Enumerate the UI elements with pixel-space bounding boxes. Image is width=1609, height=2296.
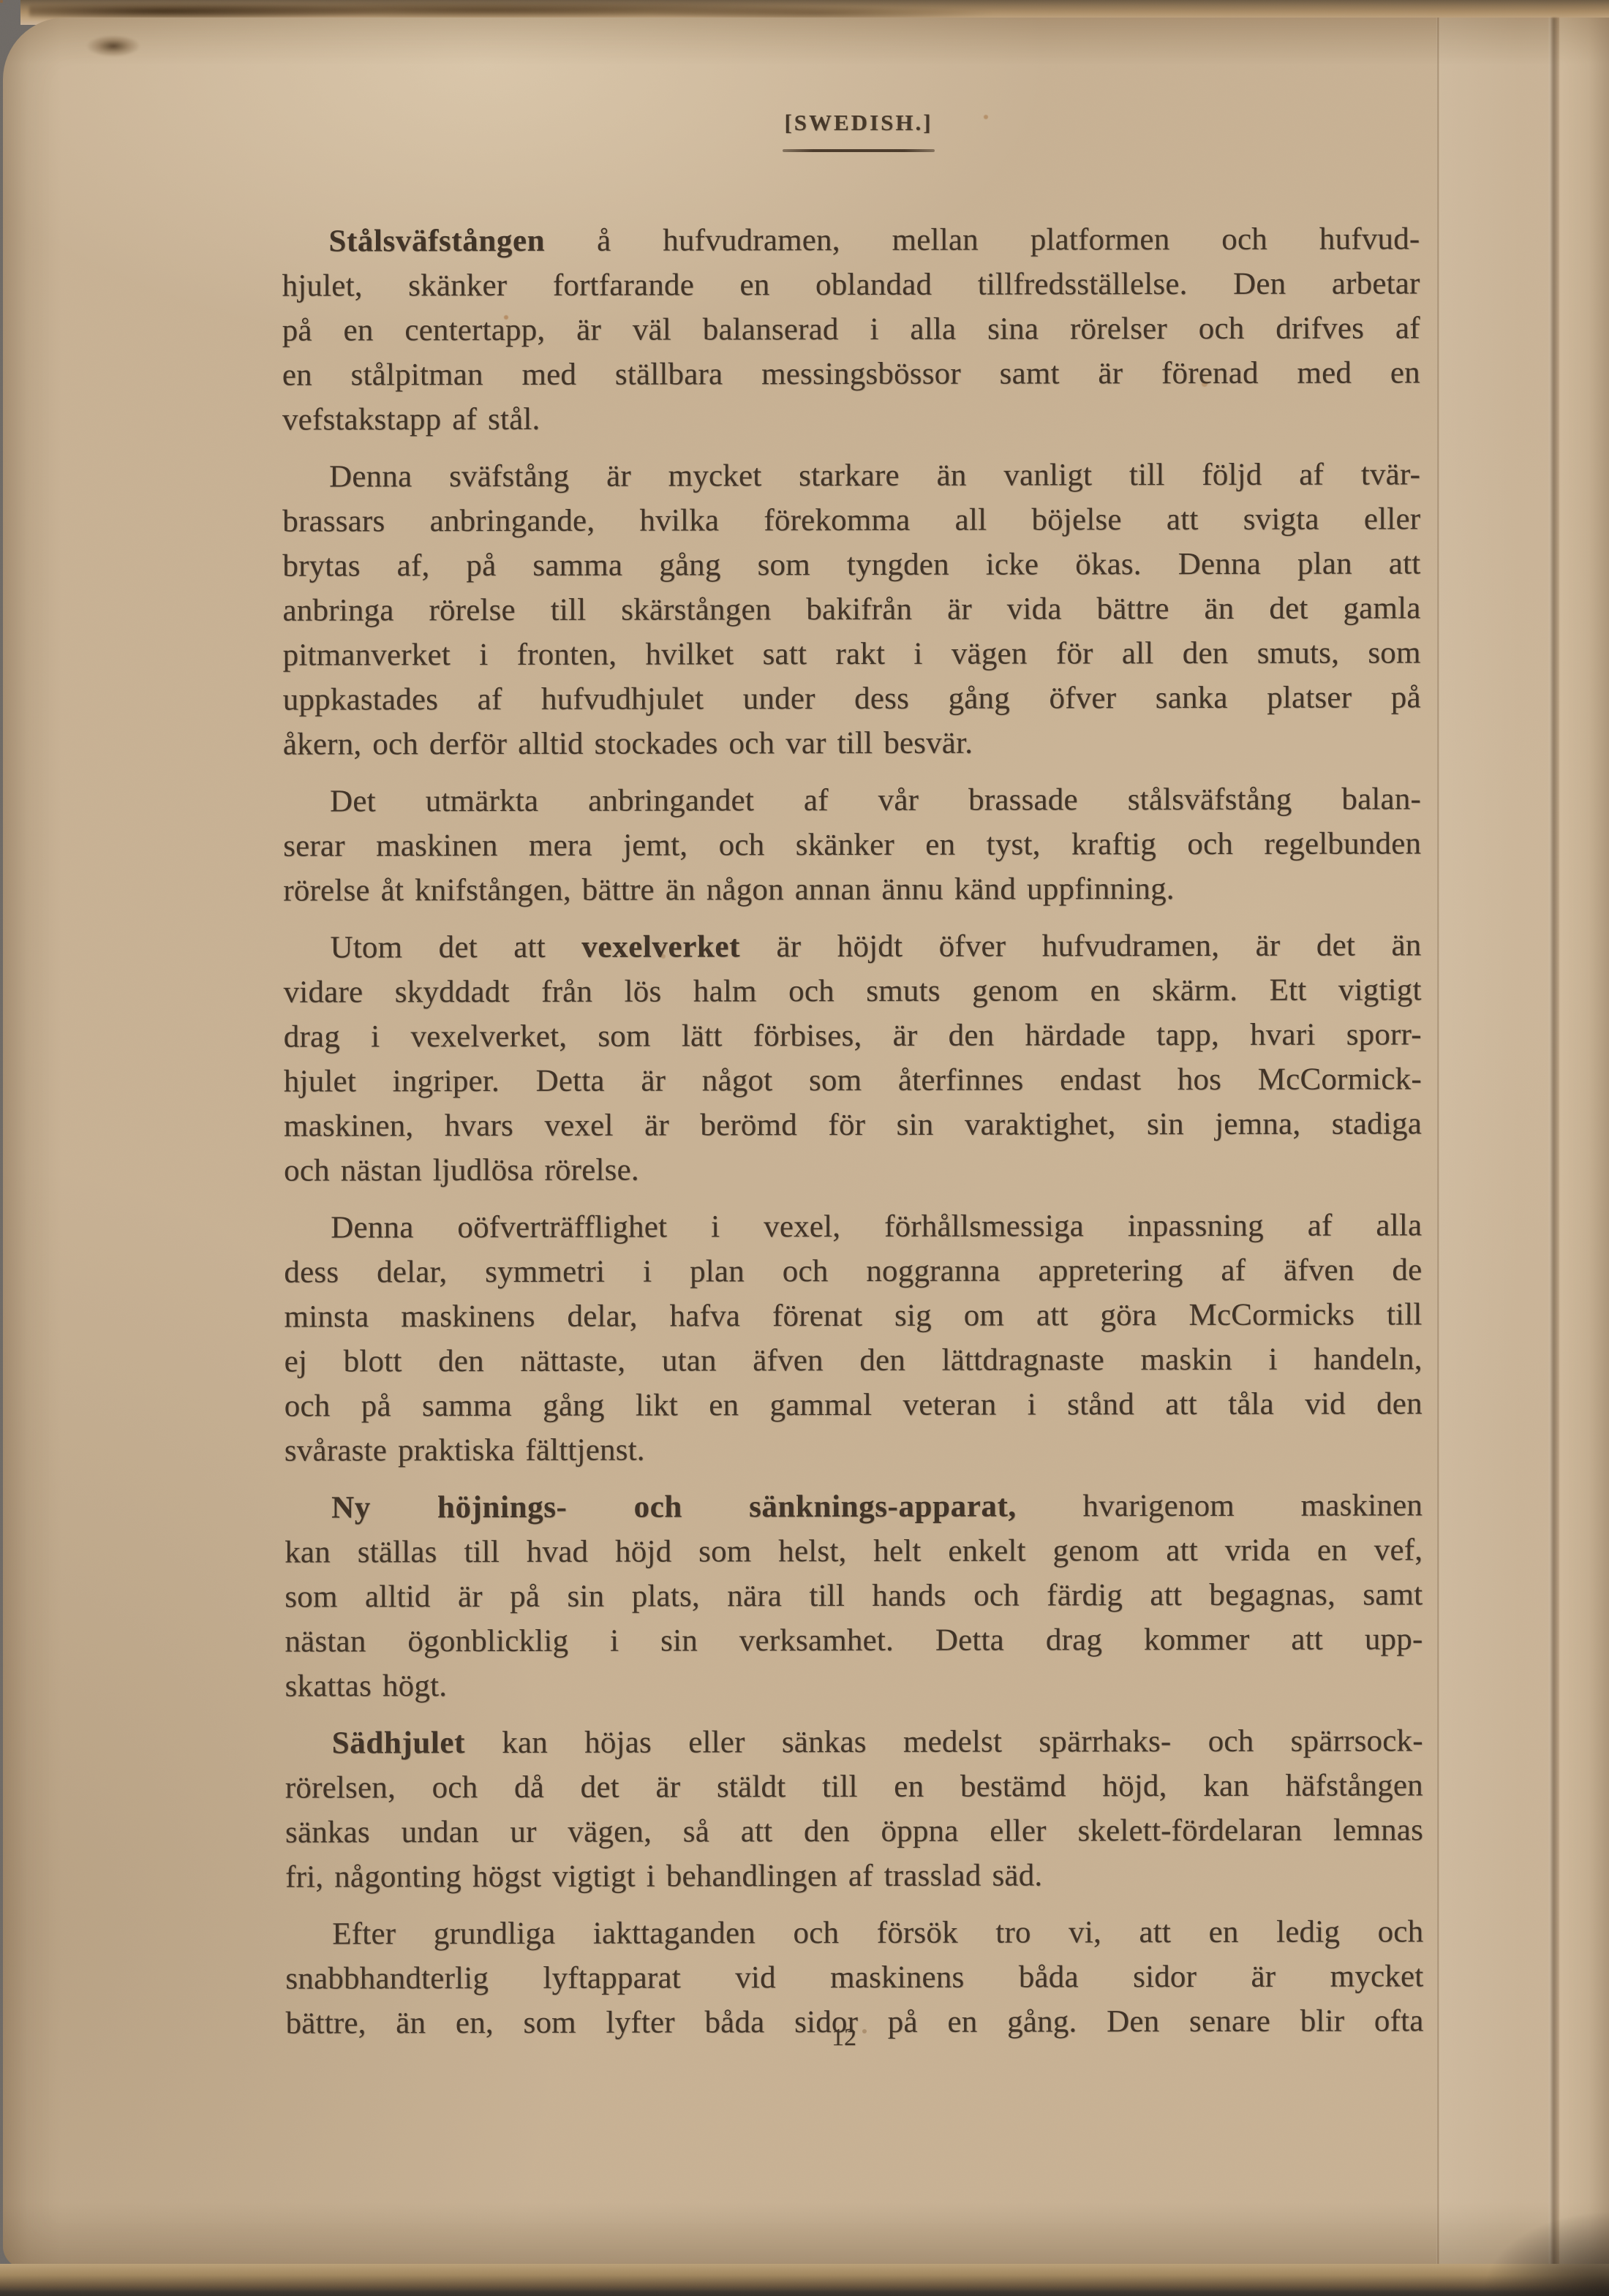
text-line: och nästan ljudlösa rörelse.: [284, 1146, 1422, 1193]
bottom-right-shadow: [1448, 2186, 1609, 2296]
text-line: serar maskinen mera jemt, och skänker en…: [283, 821, 1421, 868]
paragraph: Det utmärkta anbringandet af vår brassad…: [283, 777, 1421, 913]
text-line: på en centertapp, är väl balanserad i al…: [282, 306, 1420, 352]
text-line: uppkastades af hufvudhjulet under dess g…: [283, 675, 1421, 722]
text-line: snabbhandterlig lyftapparat vid maskinen…: [285, 1954, 1423, 2001]
body-text: minsta maskinens delar, hafva förenat si…: [284, 1297, 1422, 1334]
paper-specks: [0, 0, 3, 3]
text-line: nästan ögonblicklig i sin verksamhet. De…: [285, 1617, 1423, 1664]
body-text: snabbhandterlig lyftapparat vid maskinen…: [285, 1959, 1423, 1995]
text-line: brytas af, på samma gång som tyngden ick…: [282, 541, 1420, 588]
text-line: Ny höjnings- och sänknings-apparat, hvar…: [285, 1483, 1423, 1530]
paragraph: Denna sväfstång är mycket starkare än va…: [282, 452, 1421, 766]
paragraph: Utom det att vexelverket är höjdt öfver …: [283, 923, 1422, 1193]
text-line: Utom det att vexelverket är höjdt öfver …: [283, 923, 1421, 970]
text-block: Stålsväfstången å hufvudramen, mellan pl…: [282, 216, 1423, 2058]
paragraph: Sädhjulet kan höjas eller sänkas medelst…: [285, 1718, 1424, 1899]
page-number: 12: [290, 2024, 1398, 2052]
body-text: som alltid är på sin plats, nära till ha…: [285, 1577, 1423, 1614]
text-line: Sädhjulet kan höjas eller sänkas medelst…: [285, 1718, 1423, 1765]
body-text: vidare skyddadt från lös halm och smuts …: [284, 973, 1422, 1009]
text-line: vefstakstapp af stål.: [282, 395, 1420, 442]
header-rule: [783, 149, 935, 152]
body-text: Utom det att: [330, 930, 581, 965]
text-line: rörelsen, och då det är stäldt till en b…: [285, 1763, 1423, 1810]
body-text: på en centertapp, är väl balanserad i al…: [282, 311, 1420, 347]
bold-lead-text: Ny höjnings- och sänknings-apparat,: [331, 1489, 1017, 1525]
body-text: hvarigenom maskinen: [1017, 1488, 1423, 1523]
paragraph: Ny höjnings- och sänknings-apparat, hvar…: [285, 1483, 1423, 1708]
language-tag: [SWEDISH.]: [290, 110, 1428, 136]
paragraph: Stålsväfstången å hufvudramen, mellan pl…: [282, 216, 1420, 442]
body-text: åkern, och derför alltid stockades och v…: [283, 726, 973, 762]
text-line: vidare skyddadt från lös halm och smuts …: [284, 967, 1422, 1014]
body-text: kan ställas till hvad höjd som helst, he…: [285, 1533, 1423, 1569]
body-text: vefstakstapp af stål.: [282, 402, 540, 437]
body-text: drag i vexelverket, som lätt förbises, ä…: [284, 1017, 1422, 1054]
text-line: skattas högt.: [285, 1661, 1423, 1708]
text-line: Stålsväfstången å hufvudramen, mellan pl…: [282, 216, 1420, 263]
text-line: hjulet, skänker fortfarande en oblandad …: [282, 261, 1420, 308]
body-text: kan höjas eller sänkas medelst spärrhaks…: [465, 1723, 1423, 1760]
text-line: svåraste praktiska fälttjenst.: [285, 1426, 1423, 1473]
paragraph: Denna oöfverträfflighet i vexel, förhåll…: [284, 1203, 1423, 1473]
body-text: Efter grundliga iakttaganden och försök …: [332, 1914, 1423, 1951]
text-line: och på samma gång likt en gammal veteran…: [285, 1381, 1423, 1428]
adjacent-page-edge: [1559, 18, 1609, 2268]
body-text: nästan ögonblicklig i sin verksamhet. De…: [285, 1622, 1423, 1658]
body-text: pitmanverket i fronten, hvilket satt rak…: [283, 635, 1421, 672]
text-line: Denna sväfstång är mycket starkare än va…: [282, 452, 1420, 499]
body-text: och på samma gång likt en gammal veteran…: [285, 1386, 1423, 1423]
body-text: ej blott den nättaste, utan äfven den lä…: [285, 1342, 1423, 1378]
bold-lead-text: Stålsväfstången: [328, 224, 545, 259]
body-text: dess delar, symmetri i plan och noggrann…: [284, 1253, 1422, 1289]
body-text: anbringa rörelse till skärstången bakifr…: [282, 591, 1420, 627]
text-line: pitmanverket i fronten, hvilket satt rak…: [283, 630, 1421, 677]
body-text: Denna sväfstång är mycket starkare än va…: [329, 457, 1420, 494]
text-line: rörelse åt knifstången, bättre än någon …: [283, 866, 1421, 913]
body-text: Denna oöfverträfflighet i vexel, förhåll…: [331, 1208, 1422, 1245]
body-text: brytas af, på samma gång som tyngden ick…: [282, 546, 1420, 583]
body-text: en stålpitman med ställbara messingsböss…: [282, 355, 1420, 392]
body-text: uppkastades af hufvudhjulet under dess g…: [283, 680, 1421, 717]
body-text: hjulet ingriper. Detta är något som åter…: [284, 1062, 1422, 1098]
text-line: maskinen, hvars vexel är berömd för sin …: [284, 1101, 1422, 1148]
body-text: serar maskinen mera jemt, och skänker en…: [283, 826, 1421, 863]
text-line: åkern, och derför alltid stockades och v…: [283, 720, 1421, 766]
text-line: brassars anbringande, hvilka förekomma a…: [282, 496, 1420, 543]
body-text: rörelse åt knifstången, bättre än någon …: [283, 872, 1175, 908]
text-line: sänkas undan ur vägen, så att den öppna …: [285, 1808, 1423, 1854]
body-text: brassars anbringande, hvilka förekomma a…: [282, 502, 1420, 538]
text-line: en stålpitman med ställbara messingsböss…: [282, 350, 1420, 397]
body-text: och nästan ljudlösa rörelse.: [284, 1153, 639, 1188]
body-text: maskinen, hvars vexel är berömd för sin …: [284, 1106, 1422, 1143]
body-text: rörelsen, och då det är stäldt till en b…: [285, 1768, 1423, 1805]
text-line: drag i vexelverket, som lätt förbises, ä…: [284, 1012, 1422, 1059]
gutter-highlight: [1439, 18, 1550, 2268]
page-crease-right: [1549, 18, 1559, 2268]
body-text: är höjdt öfver hufvudramen, är det än: [740, 928, 1422, 964]
text-line: kan ställas till hvad höjd som helst, he…: [285, 1527, 1423, 1574]
text-line: dess delar, symmetri i plan och noggrann…: [284, 1247, 1422, 1294]
text-line: Denna oöfverträfflighet i vexel, förhåll…: [284, 1203, 1422, 1250]
scanned-book-page: [SWEDISH.] Stålsväfstången å hufvudramen…: [0, 0, 1609, 2296]
page-header: [SWEDISH.]: [290, 110, 1428, 152]
bold-lead-text: vexelverket: [581, 929, 740, 964]
bold-lead-text: Sädhjulet: [332, 1726, 465, 1760]
text-line: Det utmärkta anbringandet af vår brassad…: [283, 777, 1421, 823]
body-text: hjulet, skänker fortfarande en oblandad …: [282, 266, 1420, 303]
body-text: fri, någonting högst vigtigt i behandlin…: [285, 1858, 1042, 1894]
text-line: fri, någonting högst vigtigt i behandlin…: [285, 1852, 1423, 1899]
body-text: å hufvudramen, mellan platformen och huf…: [545, 222, 1420, 258]
text-line: Efter grundliga iakttaganden och försök …: [285, 1909, 1423, 1956]
book-bottom-edge: [0, 2264, 1609, 2296]
body-text: svåraste praktiska fälttjenst.: [285, 1433, 645, 1468]
text-line: hjulet ingriper. Detta är något som åter…: [284, 1057, 1422, 1103]
body-text: skattas högt.: [285, 1669, 448, 1703]
ink-blot: [86, 35, 140, 57]
text-line: minsta maskinens delar, hafva förenat si…: [284, 1292, 1422, 1339]
text-line: som alltid är på sin plats, nära till ha…: [285, 1572, 1423, 1619]
body-text: sänkas undan ur vägen, så att den öppna …: [285, 1813, 1423, 1849]
body-text: Det utmärkta anbringandet af vår brassad…: [330, 782, 1421, 818]
text-line: anbringa rörelse till skärstången bakifr…: [282, 586, 1420, 632]
text-line: ej blott den nättaste, utan äfven den lä…: [285, 1337, 1423, 1383]
